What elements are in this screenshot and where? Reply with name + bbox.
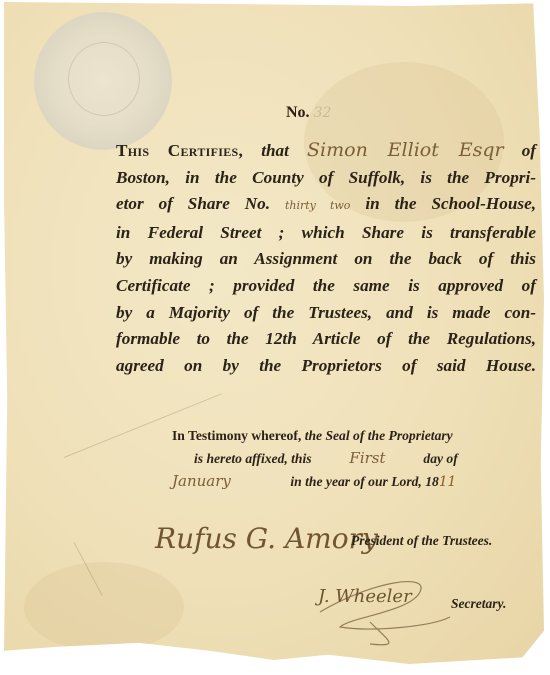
share-number: thirty two (285, 199, 350, 212)
embossed-seal (34, 12, 172, 150)
body-line-4: in Federal Street ; which Share is trans… (116, 220, 536, 247)
certifies-heading: This Certifies, (116, 141, 243, 160)
that-word: that (261, 141, 289, 160)
certificate-number: No.32 (286, 104, 331, 122)
school-house-text: in the School-House, (365, 194, 536, 213)
body-line-9: agreed on by the Proprietors of said Hou… (116, 353, 536, 380)
body-line-6: Certificate ; provided the same is appro… (116, 273, 536, 300)
holder-name: Simon Elliot Esqr (307, 139, 504, 161)
affixed-text: is hereto affixed, this (194, 451, 312, 466)
seal-text: the Seal of the Proprietary (305, 428, 453, 443)
testimony-intro: In Testimony whereof, (172, 428, 301, 443)
year-suffix: 11 (439, 474, 456, 490)
testimony-block: In Testimony whereof, the Seal of the Pr… (172, 425, 517, 493)
of-word: of (522, 141, 536, 160)
body-line-1: This Certifies, that Simon Elliot Esqr o… (116, 137, 536, 165)
president-title: President of the Trustees. (351, 533, 492, 549)
body-line-3: etor of Share No. thirty two in the Scho… (116, 191, 536, 220)
testimony-line-2: is hereto affixed, this First day of (172, 447, 517, 470)
testimony-line-1: In Testimony whereof, the Seal of the Pr… (172, 425, 517, 447)
body-line-7: by a Majority of the Trustees, and is ma… (116, 300, 536, 327)
month-value: January (172, 470, 287, 492)
body-line-2: Boston, in the County of Suffolk, is the… (116, 165, 536, 192)
day-of-text: day of (423, 451, 457, 466)
year-text: in the year of our Lord, 18 (290, 474, 438, 489)
testimony-line-3: January in the year of our Lord, 1811 (172, 470, 517, 493)
seal-emblem (68, 42, 140, 116)
age-stain (24, 562, 184, 652)
number-label: No. (286, 104, 310, 121)
share-label: etor of Share No. (116, 194, 270, 213)
secretary-title: Secretary. (451, 596, 506, 612)
number-value: 32 (314, 105, 332, 121)
day-value: First (315, 447, 420, 469)
body-line-8: formable to the 12th Article of the Regu… (116, 326, 536, 353)
secretary-flourish-icon (310, 572, 460, 652)
body-line-5: by making an Assignment on the back of t… (116, 246, 536, 273)
certificate-body: This Certifies, that Simon Elliot Esqr o… (116, 137, 536, 379)
president-signature: Rufus G. Amory (155, 522, 378, 555)
